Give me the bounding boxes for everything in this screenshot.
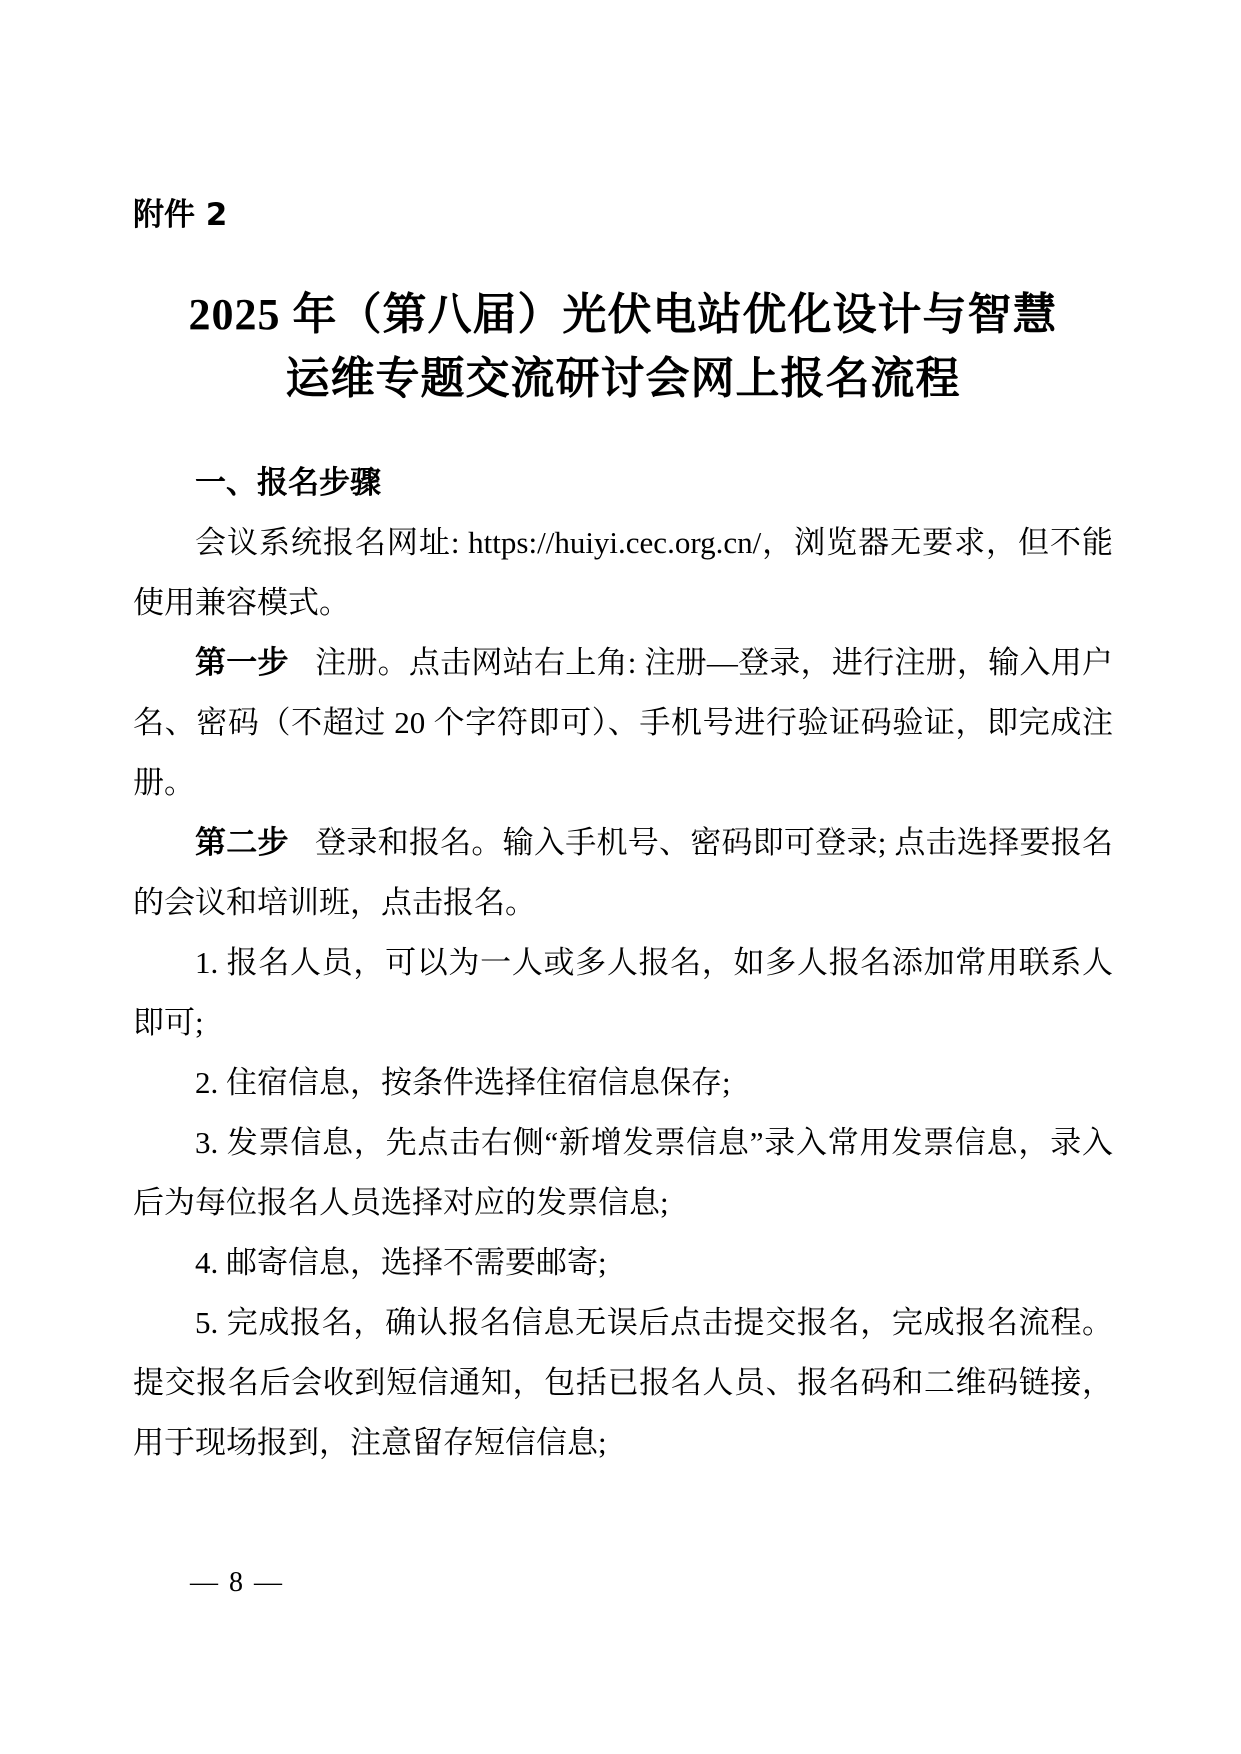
document-page: 附件 2 2025 年（第八届）光伏电站优化设计与智慧 运维专题交流研讨会网上报… <box>0 0 1241 1754</box>
list-item-1: 1. 报名人员，可以为一人或多人报名，如多人报名添加常用联系人即可; <box>133 933 1113 1053</box>
paragraph-text: 5. 完成报名，确认报名信息无误后点击提交报名，完成报名流程。提交报名后会收到短… <box>133 1305 1113 1460</box>
paragraph-step-2: 第二步登录和报名。输入手机号、密码即可登录; 点击选择要报名的会议和培训班，点击… <box>133 813 1113 933</box>
attachment-label: 附件 2 <box>133 193 1113 237</box>
list-item-3: 3. 发票信息，先点击右侧“新增发票信息”录入常用发票信息，录入后为每位报名人员… <box>133 1113 1113 1233</box>
section-heading: 一、报名步骤 <box>133 453 1113 513</box>
paragraph-text: 会议系统报名网址: https://huiyi.cec.org.cn/，浏览器无… <box>133 525 1113 620</box>
paragraph-text: 2. 住宿信息，按条件选择住宿信息保存; <box>195 1065 731 1100</box>
list-item-4: 4. 邮寄信息，选择不需要邮寄; <box>133 1233 1113 1293</box>
paragraph-text: 1. 报名人员，可以为一人或多人报名，如多人报名添加常用联系人即可; <box>133 945 1113 1040</box>
paragraph-text: 4. 邮寄信息，选择不需要邮寄; <box>195 1245 607 1280</box>
page-number: — 8 — <box>190 1566 284 1600</box>
step-2-label: 第二步 <box>195 825 289 860</box>
step-1-label: 第一步 <box>195 645 289 680</box>
paragraph-text: 3. 发票信息，先点击右侧“新增发票信息”录入常用发票信息，录入后为每位报名人员… <box>133 1125 1113 1220</box>
document-body: 会议系统报名网址: https://huiyi.cec.org.cn/，浏览器无… <box>133 513 1113 1473</box>
document-title: 2025 年（第八届）光伏电站优化设计与智慧 运维专题交流研讨会网上报名流程 <box>133 283 1113 411</box>
list-item-2: 2. 住宿信息，按条件选择住宿信息保存; <box>133 1053 1113 1113</box>
document-title-line-2: 运维专题交流研讨会网上报名流程 <box>133 347 1113 411</box>
document-title-line-1: 2025 年（第八届）光伏电站优化设计与智慧 <box>133 283 1113 347</box>
list-item-5: 5. 完成报名，确认报名信息无误后点击提交报名，完成报名流程。提交报名后会收到短… <box>133 1293 1113 1473</box>
paragraph-step-1: 第一步注册。点击网站右上角: 注册—登录，进行注册，输入用户名、密码（不超过 2… <box>133 633 1113 813</box>
paragraph-registration-url: 会议系统报名网址: https://huiyi.cec.org.cn/，浏览器无… <box>133 513 1113 633</box>
document-content: 附件 2 2025 年（第八届）光伏电站优化设计与智慧 运维专题交流研讨会网上报… <box>133 193 1113 1473</box>
